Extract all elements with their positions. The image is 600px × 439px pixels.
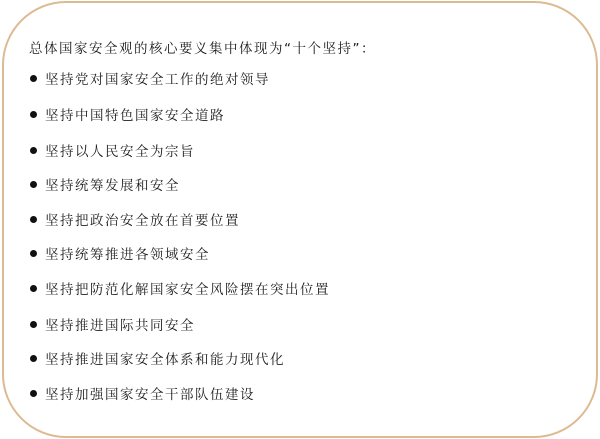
list-item: 坚持加强国家安全干部队伍建设 <box>30 383 255 403</box>
list-item: 坚持推进国际共同安全 <box>30 314 195 334</box>
list-item-label: 坚持中国特色国家安全道路 <box>45 104 225 124</box>
list-item-label: 坚持统筹发展和安全 <box>45 174 180 194</box>
list-item: 坚持党对国家安全工作的绝对领导 <box>30 68 270 88</box>
bullet-icon <box>30 216 37 223</box>
list-item-label: 坚持以人民安全为宗旨 <box>45 140 195 160</box>
bullet-icon <box>30 147 37 154</box>
list-item-label: 坚持加强国家安全干部队伍建设 <box>45 383 255 403</box>
list-item-label: 坚持党对国家安全工作的绝对领导 <box>45 68 270 88</box>
bullet-icon <box>30 390 37 397</box>
list-item-label: 坚持推进国际共同安全 <box>45 314 195 334</box>
list-item-label: 坚持推进国家安全体系和能力现代化 <box>45 348 285 368</box>
bullet-icon <box>30 75 37 82</box>
list-item: 坚持统筹发展和安全 <box>30 174 180 194</box>
list-item-label: 坚持统筹推进各领域安全 <box>45 243 210 263</box>
list-item-label: 坚持把政治安全放在首要位置 <box>45 209 240 229</box>
bullet-icon <box>30 250 37 257</box>
list-item: 坚持统筹推进各领域安全 <box>30 243 210 263</box>
bullet-icon <box>30 355 37 362</box>
document-title: 总体国家安全观的核心要义集中体现为“十个坚持”： <box>29 37 376 57</box>
bullet-icon <box>30 181 37 188</box>
list-item: 坚持把防范化解国家安全风险摆在突出位置 <box>30 278 330 298</box>
list-item: 坚持以人民安全为宗旨 <box>30 140 195 160</box>
bullet-icon <box>30 321 37 328</box>
list-item-label: 坚持把防范化解国家安全风险摆在突出位置 <box>45 278 330 298</box>
bullet-icon <box>30 285 37 292</box>
list-item: 坚持把政治安全放在首要位置 <box>30 209 240 229</box>
list-item: 坚持推进国家安全体系和能力现代化 <box>30 348 285 368</box>
bullet-icon <box>30 111 37 118</box>
list-item: 坚持中国特色国家安全道路 <box>30 104 225 124</box>
